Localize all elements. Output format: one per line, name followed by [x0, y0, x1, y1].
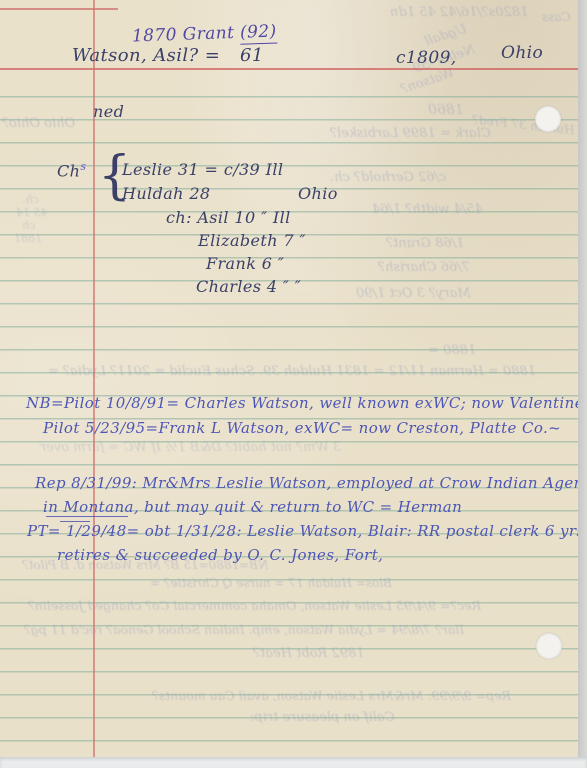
bleedthrough-text: 1820s?/16/42 45 1dn: [390, 5, 528, 20]
child-row: Frank 6 ″: [206, 254, 284, 273]
hole-punch-top: [535, 106, 561, 132]
head-birth-place: Ohio: [501, 43, 543, 63]
header-red-rule: [0, 68, 578, 70]
top-red-rule: [0, 8, 118, 10]
child-birthplace: Ohio: [298, 184, 338, 203]
head-of-household-name: Watson, Asil? =: [72, 45, 220, 66]
scanned-document-page: { "colors": { "paper": "#eae1cb", "rule_…: [0, 0, 587, 768]
note-line: in Montana, but may quit & return to WC …: [43, 498, 462, 516]
children-label: Chs: [57, 160, 86, 180]
scan-edge-bottom: [0, 757, 587, 768]
child-row: ch: Asil 10 ″ Ill: [166, 208, 291, 227]
census-title: 1870 Grant (92): [132, 21, 277, 46]
children-abbrev: Ch: [57, 161, 80, 180]
date-overline: [60, 521, 90, 522]
child-row: Huldah 28: [122, 184, 211, 203]
note-ned: ned: [93, 102, 124, 121]
note-line: retires & succeeded by O. C. Jones, Fort…: [57, 546, 383, 564]
head-birth-year: c1809,: [396, 48, 457, 68]
note-line: Rep 8/31/99: Mr&Mrs Leslie Watson, emplo…: [35, 474, 587, 492]
child-row: Leslie 31 = c/39 Ill: [122, 160, 283, 179]
note-line: PT= 1/29/48= obt 1/31/28: Leslie Watson,…: [27, 522, 587, 540]
child-row: Charles 4 ″ ″: [196, 277, 301, 296]
census-year-county: 1870 Grant: [132, 23, 241, 47]
census-page-ref: (92): [240, 21, 277, 44]
bleedthrough-text: Cass: [542, 10, 571, 24]
head-age: 61: [240, 45, 264, 66]
note-line: Pilot 5/23/95=Frank L Watson, exWC= now …: [43, 419, 561, 437]
montana-underline: [46, 516, 128, 517]
note-line: NB=Pilot 10/8/91= Charles Watson, well k…: [26, 394, 587, 412]
scan-edge-right: [578, 0, 587, 768]
children-superscript: s: [80, 160, 86, 173]
hole-punch-bottom: [536, 633, 562, 659]
child-row: Elizabeth 7 ″: [198, 231, 306, 250]
